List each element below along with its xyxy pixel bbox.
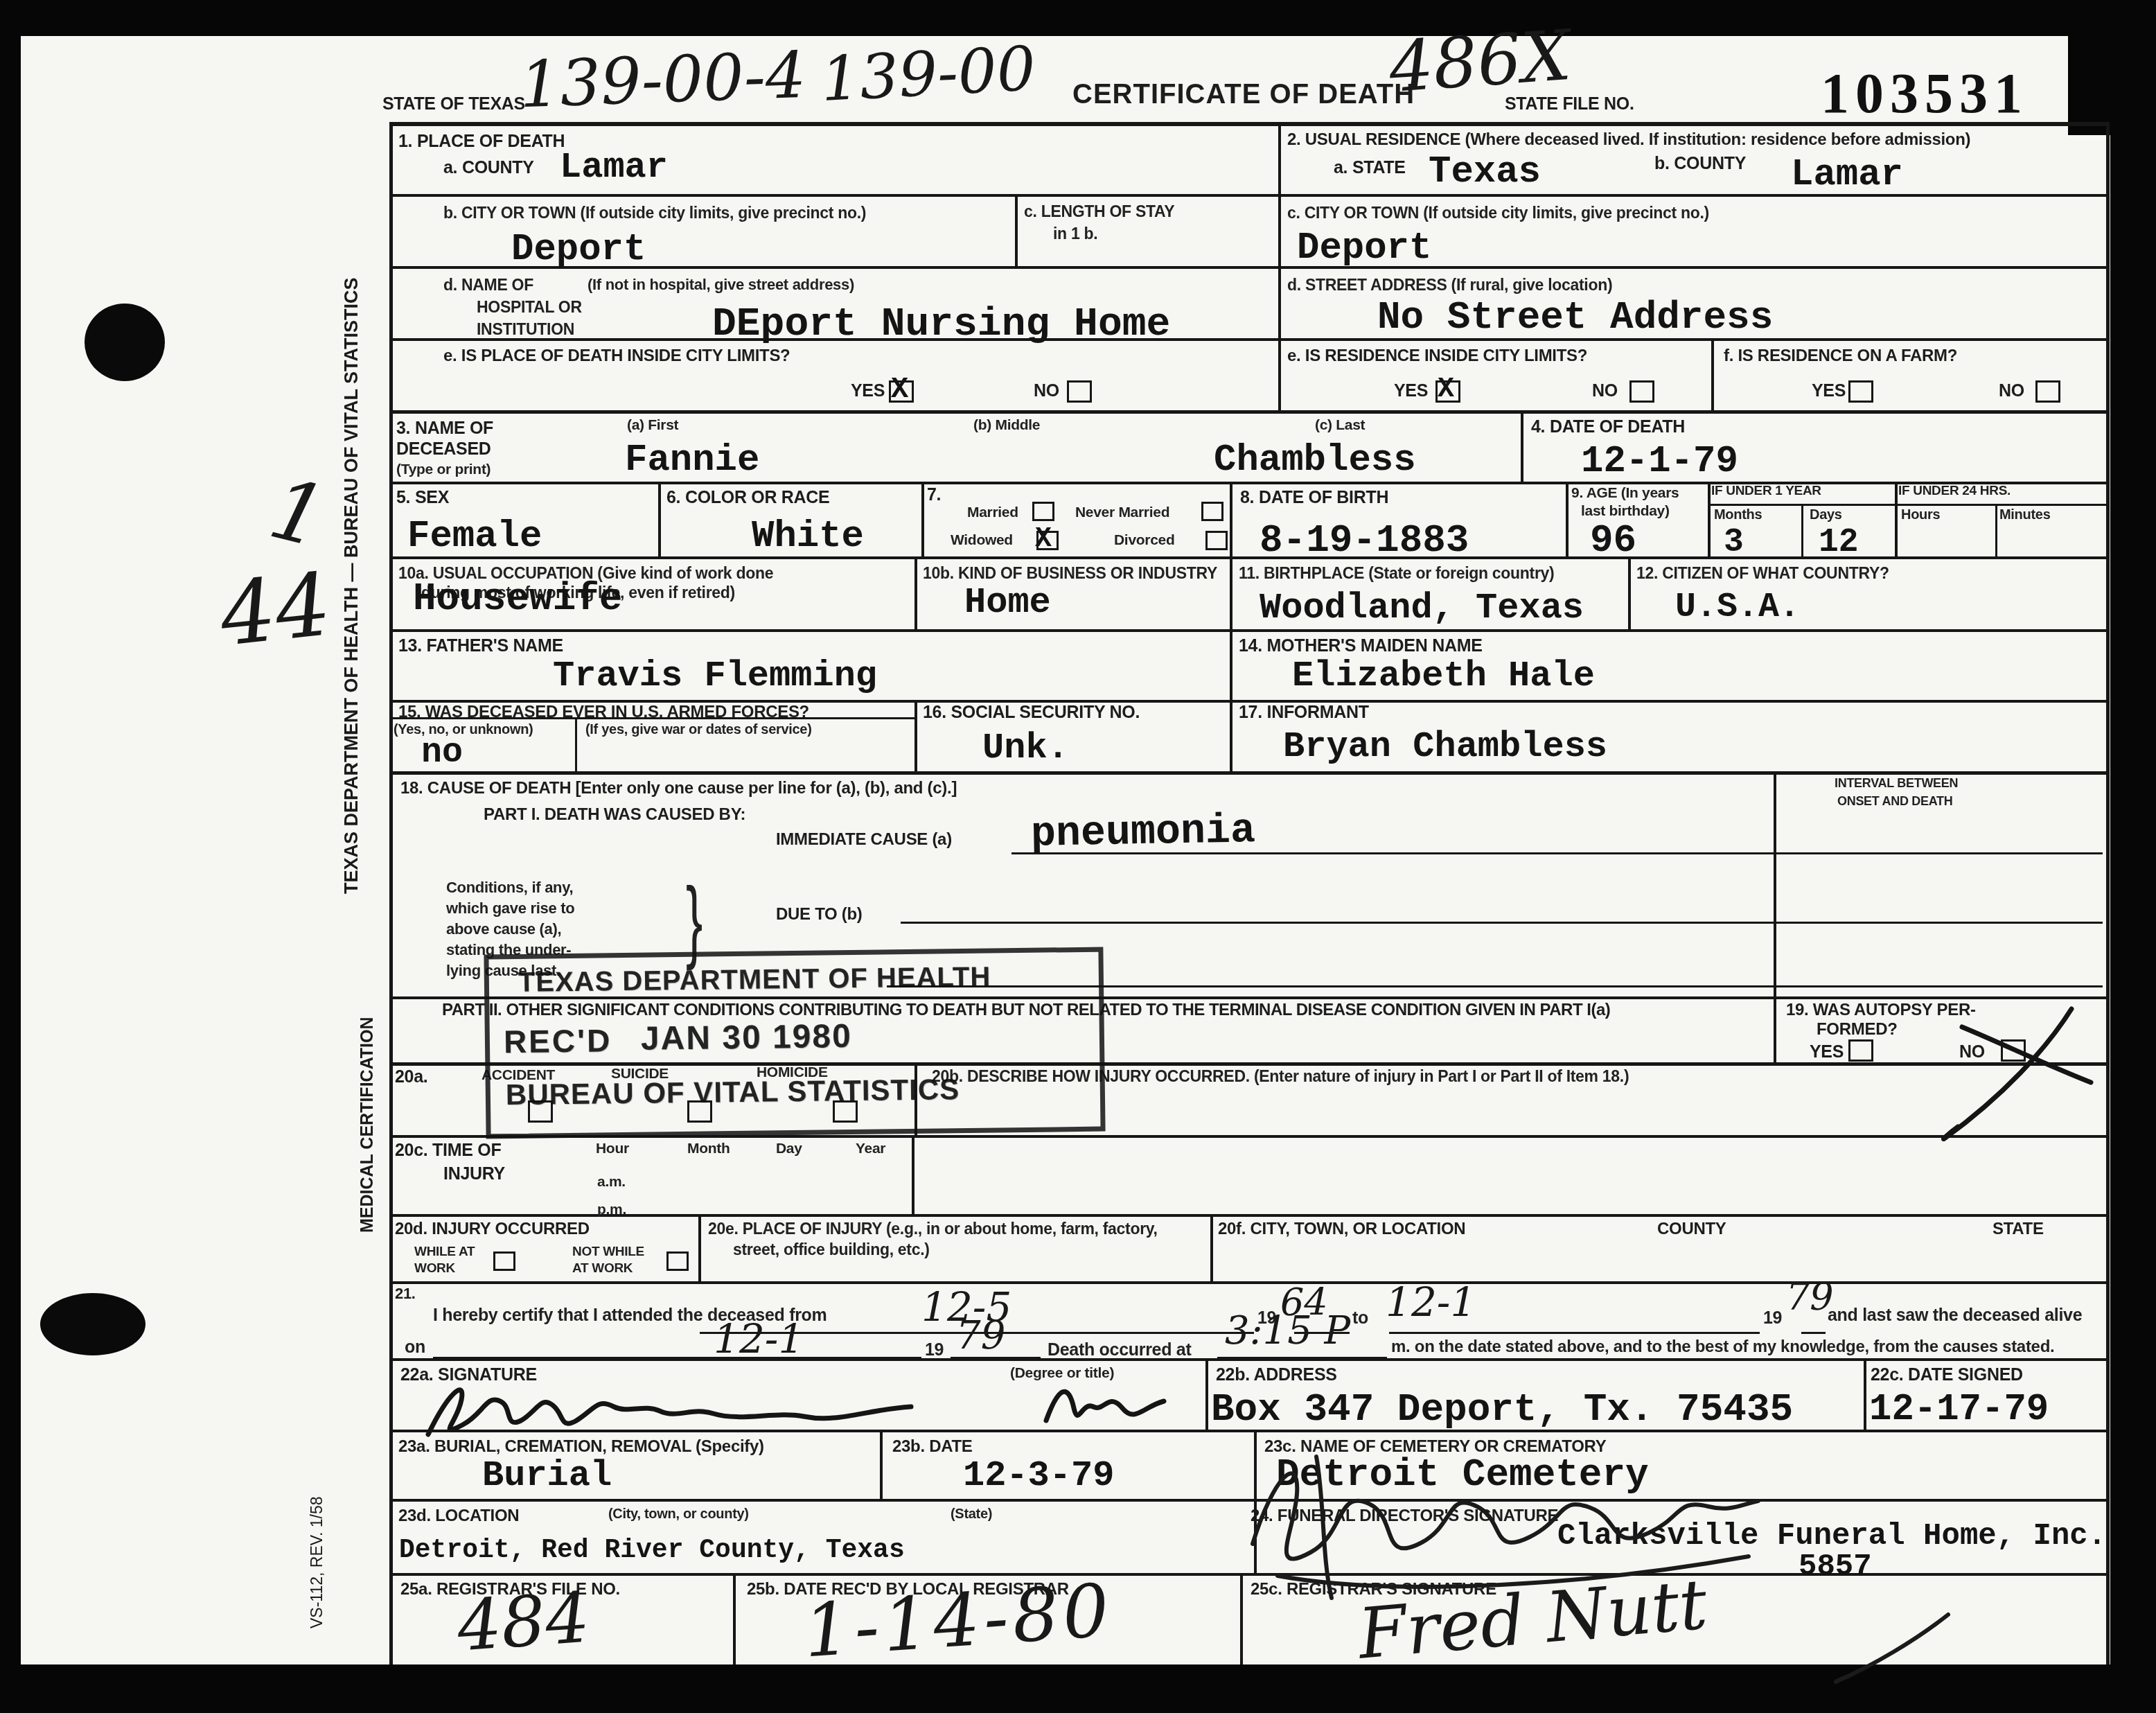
city-label: b. CITY OR TOWN (If outside city limits,… bbox=[443, 204, 866, 222]
day-label: Day bbox=[776, 1141, 802, 1157]
ssn-value: Unk. bbox=[982, 728, 1069, 768]
certify-text-2: and last saw the deceased alive bbox=[1828, 1306, 2082, 1326]
interval-label-1: INTERVAL BETWEEN bbox=[1835, 776, 1958, 791]
ink-blob-bottom bbox=[40, 1293, 145, 1355]
if-under-1-year-label: IF UNDER 1 YEAR bbox=[1711, 484, 1821, 499]
residence-limits-label: e. IS RESIDENCE INSIDE CITY LIMITS? bbox=[1287, 346, 1587, 366]
death-occurred-at-label: Death occurred at bbox=[1048, 1340, 1191, 1360]
burial-date-value: 12-3-79 bbox=[963, 1455, 1114, 1496]
am-label: a.m. bbox=[597, 1174, 626, 1191]
injury-20f-label: 20f. CITY, TOWN, OR LOCATION bbox=[1218, 1220, 1465, 1239]
citizen-value: U.S.A. bbox=[1675, 588, 1800, 627]
hospital-label-2: HOSPITAL OR bbox=[477, 298, 582, 317]
stamp-line-3: BUREAU OF VITAL STATISTICS bbox=[506, 1073, 960, 1112]
checkbox-farm-no bbox=[2035, 380, 2060, 403]
marital-label: 7. bbox=[927, 485, 941, 505]
printed-19-c: 19 bbox=[925, 1340, 944, 1360]
year-label: Year bbox=[856, 1141, 885, 1157]
citizen-label: 12. CITIZEN OF WHAT COUNTRY? bbox=[1636, 564, 1889, 583]
address-22b-label: 22b. ADDRESS bbox=[1216, 1365, 1337, 1385]
certify-text-3: m. on the date stated above, and to the … bbox=[1391, 1337, 2054, 1357]
not-while-at-work-label-1: NOT WHILE bbox=[572, 1245, 644, 1260]
length-of-stay-label-2: in 1 b. bbox=[1053, 225, 1097, 243]
location-23d-label: 23d. LOCATION bbox=[398, 1506, 519, 1526]
death-certificate-scan: STATE OF TEXAS 139-00-4 139-00 CERTIFICA… bbox=[0, 0, 2156, 1713]
due-to-b-label: DUE TO (b) bbox=[776, 905, 863, 924]
months-value: 3 bbox=[1724, 524, 1744, 561]
injury-20e-label-2: street, office building, etc.) bbox=[733, 1240, 930, 1259]
burial-date-label: 23b. DATE bbox=[892, 1437, 973, 1457]
date-of-death-label: 4. DATE OF DEATH bbox=[1531, 417, 1685, 437]
ssn-label: 16. SOCIAL SECURITY NO. bbox=[923, 703, 1140, 723]
handwritten-district-code-2: 139-00 bbox=[820, 33, 1038, 115]
handwritten-year-79a: 79 bbox=[1786, 1275, 1834, 1319]
checkbox-not-while-at-work bbox=[666, 1251, 689, 1271]
industry-label: 10b. KIND OF BUSINESS OR INDUSTRY bbox=[923, 564, 1217, 583]
hospital-value: DEport Nursing Home bbox=[712, 302, 1170, 347]
minutes-label: Minutes bbox=[1999, 507, 2050, 523]
name-of-deceased-label-3: (Type or print) bbox=[396, 462, 491, 478]
race-label: 6. COLOR OR RACE bbox=[666, 488, 830, 508]
funeral-home-number: 5857 bbox=[1799, 1549, 1872, 1584]
length-of-stay-label: c. LENGTH OF STAY bbox=[1024, 202, 1174, 221]
usual-residence-label: 2. USUAL RESIDENCE (Where deceased lived… bbox=[1287, 130, 1970, 150]
date-of-death-value: 12-1-79 bbox=[1581, 441, 1738, 483]
interval-label-2: ONSET AND DEATH bbox=[1837, 794, 1953, 809]
handwritten-autopsy-no-x bbox=[1926, 998, 2106, 1147]
checkbox-death-limits-no bbox=[1067, 380, 1092, 403]
death-limits-yes-mark: X bbox=[891, 373, 908, 406]
certification-number: 21. bbox=[395, 1285, 416, 1303]
state-of-texas-label: STATE OF TEXAS bbox=[382, 94, 525, 114]
injury-20c-label-2: INJURY bbox=[443, 1164, 505, 1184]
stamp-line-1: TEXAS DEPARTMENT OF HEALTH bbox=[518, 962, 991, 999]
hour-label: Hour bbox=[596, 1141, 629, 1157]
father-label: 13. FATHER'S NAME bbox=[398, 636, 563, 656]
state-file-no-label: STATE FILE NO. bbox=[1505, 94, 1634, 114]
race-value: White bbox=[752, 516, 864, 558]
first-name-value: Fannie bbox=[625, 439, 759, 482]
place-of-death-label: 1. PLACE OF DEATH bbox=[398, 132, 565, 152]
hospital-name-label: d. NAME OF bbox=[443, 276, 533, 295]
armed-forces-value: no bbox=[421, 733, 463, 773]
injury-20d-label: 20d. INJURY OCCURRED bbox=[395, 1220, 590, 1239]
month-label: Month bbox=[687, 1141, 730, 1157]
physician-signature bbox=[416, 1371, 942, 1447]
conditions-line-3: above cause (a), bbox=[446, 920, 561, 938]
occupation-value: Housewife bbox=[413, 577, 622, 621]
immediate-cause-label: IMMEDIATE CAUSE (a) bbox=[776, 830, 952, 850]
location-sub2: (State) bbox=[951, 1506, 992, 1522]
widowed-mark: X bbox=[1035, 524, 1052, 555]
hospital-name-paren: (If not in hospital, give street address… bbox=[587, 276, 854, 294]
certificate-title: CERTIFICATE OF DEATH bbox=[1072, 79, 1415, 110]
residence-county-value: Lamar bbox=[1791, 154, 1903, 196]
name-of-deceased-label-2: DECEASED bbox=[396, 439, 491, 459]
funeral-director-signature bbox=[1233, 1440, 1801, 1606]
sex-label: 5. SEX bbox=[396, 488, 449, 508]
not-while-at-work-label-2: AT WORK bbox=[572, 1261, 633, 1276]
first-name-label: (a) First bbox=[627, 417, 678, 434]
married-label: Married bbox=[967, 504, 1018, 521]
state-file-number: 103531 bbox=[1821, 61, 2029, 126]
industry-value: Home bbox=[964, 582, 1051, 623]
stamp-recd: REC'D bbox=[504, 1021, 612, 1060]
received-stamp: TEXAS DEPARTMENT OF HEALTH REC'D JAN 30 … bbox=[484, 947, 1105, 1139]
residence-city-value: Deport bbox=[1297, 227, 1431, 270]
last-name-value: Chambless bbox=[1214, 439, 1416, 482]
while-at-work-label-2: WORK bbox=[414, 1261, 455, 1276]
checkbox-while-at-work bbox=[493, 1251, 515, 1271]
ink-blob-top bbox=[85, 304, 165, 381]
death-limits-no-label: NO bbox=[1034, 381, 1059, 401]
residence-limits-no-label: NO bbox=[1592, 381, 1618, 401]
handwritten-attended-to: 12-1 bbox=[1386, 1279, 1476, 1326]
residence-state-value: Texas bbox=[1429, 151, 1541, 193]
registrar-file-no-value: 484 bbox=[454, 1576, 592, 1667]
informant-label: 17. INFORMANT bbox=[1239, 703, 1369, 723]
checkbox-residence-limits-no bbox=[1629, 380, 1654, 403]
handwritten-margin-mark-44: 44 bbox=[215, 554, 335, 666]
pm-label: p.m. bbox=[597, 1202, 626, 1218]
mother-label: 14. MOTHER'S MAIDEN NAME bbox=[1239, 636, 1483, 656]
residence-city-label: c. CITY OR TOWN (If outside city limits,… bbox=[1287, 204, 1709, 222]
residence-state-label: a. STATE bbox=[1334, 158, 1406, 178]
months-label: Months bbox=[1714, 507, 1762, 523]
handwritten-district-code-1: 139-00-4 bbox=[518, 38, 807, 122]
injury-20a-label: 20a. bbox=[395, 1067, 427, 1087]
age-label-2: last birthday) bbox=[1581, 503, 1670, 520]
age-label-1: 9. AGE (In years bbox=[1571, 485, 1679, 502]
handwritten-year-79b: 79 bbox=[956, 1313, 1005, 1358]
armed-forces-sub1: (Yes, no, or unknown) bbox=[394, 722, 533, 738]
injury-20c-label-1: 20c. TIME OF bbox=[395, 1141, 501, 1161]
hours-label: Hours bbox=[1901, 507, 1940, 523]
address-value: Box 347 Deport, Tx. 75435 bbox=[1211, 1387, 1793, 1432]
father-value: Travis Flemming bbox=[553, 656, 877, 696]
margin-department-text: TEXAS DEPARTMENT OF HEALTH — BUREAU OF V… bbox=[341, 315, 362, 894]
last-name-label: (c) Last bbox=[1315, 417, 1365, 434]
cause-of-death-label: 18. CAUSE OF DEATH [Enter only one cause… bbox=[400, 779, 957, 798]
street-address-label: d. STREET ADDRESS (If rural, give locati… bbox=[1287, 276, 1612, 295]
burial-type-value: Burial bbox=[482, 1455, 612, 1496]
divorced-label: Divorced bbox=[1114, 532, 1174, 549]
residence-county-label: b. COUNTY bbox=[1654, 154, 1746, 174]
county-value: Lamar bbox=[560, 147, 668, 188]
hospital-label-3: INSTITUTION bbox=[477, 320, 574, 339]
birthplace-label: 11. BIRTHPLACE (State or foreign country… bbox=[1239, 564, 1554, 583]
registrar-signature-flourish bbox=[1829, 1608, 1968, 1691]
injury-state-label: STATE bbox=[1992, 1220, 2044, 1239]
autopsy-label-2: FORMED? bbox=[1817, 1020, 1898, 1039]
margin-form-number: VS-112, REV. 1/58 bbox=[308, 1484, 326, 1640]
checkbox-autopsy-yes bbox=[1848, 1039, 1873, 1062]
informant-value: Bryan Chambless bbox=[1283, 726, 1607, 767]
stamp-date: JAN 30 1980 bbox=[641, 1017, 853, 1058]
checkbox-farm-yes bbox=[1848, 380, 1873, 403]
widowed-label: Widowed bbox=[951, 532, 1013, 549]
checkbox-married bbox=[1032, 502, 1054, 521]
location-value: Detroit, Red River County, Texas bbox=[399, 1536, 905, 1565]
death-limits-yes-label: YES bbox=[851, 381, 885, 401]
days-label: Days bbox=[1810, 507, 1842, 523]
birthplace-value: Woodland, Texas bbox=[1260, 588, 1584, 629]
while-at-work-label-1: WHILE AT bbox=[414, 1245, 475, 1260]
immediate-cause-value: pneumonia bbox=[1030, 807, 1255, 859]
part1-label: PART I. DEATH WAS CAUSED BY: bbox=[484, 805, 745, 825]
printed-on: on bbox=[405, 1337, 425, 1358]
farm-label: f. IS RESIDENCE ON A FARM? bbox=[1724, 346, 1957, 366]
conditions-line-1: Conditions, if any, bbox=[446, 879, 573, 897]
margin-medical-certification-text: MEDICAL CERTIFICATION bbox=[357, 1003, 378, 1246]
scan-edge-top bbox=[0, 0, 2156, 36]
mother-value: Elizabeth Hale bbox=[1292, 656, 1595, 696]
armed-forces-sub2: (If yes, give war or dates of service) bbox=[585, 722, 812, 738]
sex-value: Female bbox=[407, 516, 542, 558]
burial-23a-label: 23a. BURIAL, CREMATION, REMOVAL (Specify… bbox=[398, 1437, 764, 1457]
checkbox-divorced bbox=[1205, 531, 1228, 550]
autopsy-yes-label: YES bbox=[1810, 1042, 1844, 1062]
printed-to: to bbox=[1352, 1308, 1368, 1328]
injury-county-label: COUNTY bbox=[1657, 1220, 1726, 1239]
residence-limits-yes-mark: X bbox=[1438, 374, 1454, 405]
farm-no-label: NO bbox=[1999, 381, 2024, 401]
scan-edge-right bbox=[2110, 0, 2156, 1713]
scan-edge-left bbox=[0, 0, 21, 1713]
degree-scribble bbox=[1038, 1373, 1176, 1432]
never-married-label: Never Married bbox=[1075, 504, 1169, 521]
residence-limits-yes-label: YES bbox=[1394, 381, 1428, 401]
death-city-limits-label: e. IS PLACE OF DEATH INSIDE CITY LIMITS? bbox=[443, 346, 790, 366]
dob-label: 8. DATE OF BIRTH bbox=[1240, 488, 1388, 508]
location-sub1: (City, town, or county) bbox=[608, 1506, 749, 1522]
scan-corner-notch bbox=[2068, 0, 2156, 135]
date-signed-22c-label: 22c. DATE SIGNED bbox=[1871, 1365, 2023, 1385]
handwritten-on-date: 12-1 bbox=[714, 1315, 804, 1362]
days-value: 12 bbox=[1819, 524, 1859, 561]
farm-yes-label: YES bbox=[1812, 381, 1846, 401]
name-of-deceased-label-1: 3. NAME OF bbox=[396, 419, 493, 439]
city-value: Deport bbox=[511, 229, 646, 271]
age-value: 96 bbox=[1590, 518, 1636, 563]
checkbox-never-married bbox=[1201, 502, 1223, 521]
conditions-line-2: which gave rise to bbox=[446, 899, 574, 917]
middle-name-label: (b) Middle bbox=[973, 417, 1040, 434]
handwritten-time-of-death: 3:15 P bbox=[1225, 1308, 1350, 1353]
date-signed-value: 12-17-79 bbox=[1869, 1389, 2049, 1431]
county-label: a. COUNTY bbox=[443, 158, 534, 178]
dob-value: 8-19-1883 bbox=[1260, 518, 1469, 563]
if-under-24-hrs-label: IF UNDER 24 HRS. bbox=[1898, 484, 2011, 499]
printed-19-b: 19 bbox=[1763, 1308, 1782, 1328]
injury-20e-label-1: 20e. PLACE OF INJURY (e.g., in or about … bbox=[708, 1220, 1158, 1238]
armed-forces-label: 15. WAS DECEASED EVER IN U.S. ARMED FORC… bbox=[398, 703, 809, 722]
street-address-value: No Street Address bbox=[1377, 295, 1773, 340]
